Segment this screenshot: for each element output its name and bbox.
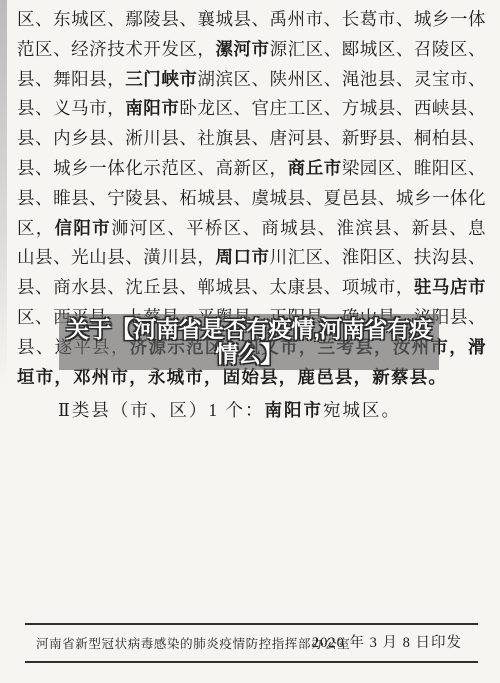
footer-rule-top [25, 623, 478, 625]
text-segment: 县、义马市， [17, 98, 125, 118]
footer-issuer: 河南省新型冠状病毒感染的肺炎疫情防控指挥部办公室 [36, 634, 350, 654]
text-segment: 区、东城区、鄢陵县、襄城县、禹州市、长葛市、城乡一体化示 [17, 9, 486, 33]
document-line: 县、义马市，南阳市卧龙区、官庄工区、方城县、西峡县、镇平 [17, 96, 486, 122]
province-managed-areas: 垣市，邓州市，永城市，固始县，鹿邑县，新蔡县。 [17, 367, 447, 387]
document-line: 区、东城区、鄢陵县、襄城县、禹州市、长葛市、城乡一体化示 [17, 7, 486, 33]
city-name: 南阳市 [265, 400, 324, 420]
caption-overlay-banner: 关于【河南省是否有疫情,河南省有疫 情么】 [59, 314, 439, 370]
city-name: 商丘市 [288, 158, 342, 178]
city-name: 三门峡市 [125, 69, 197, 89]
text-segment: 范区、经济技术开发区， [17, 39, 215, 59]
document-line: 范区、经济技术开发区，漯河市源汇区、郾城区、召陵区、临颍 [17, 37, 486, 63]
footer-rule-bottom [25, 661, 478, 663]
document-line: 县、商水县、沈丘县、郸城县、太康县、项城市，驻马店市驿城 [17, 275, 486, 301]
document-line: 县、睢县、宁陵县、柘城县、虞城县、夏邑县、城乡一体化示范 [17, 186, 486, 212]
text-segment: 宛城区。 [323, 400, 401, 420]
text-segment: 区， [17, 218, 55, 238]
footer-print-date: 2020 年 3 月 8 日印发 [312, 632, 462, 654]
text-segment: 县、城乡一体化示范区、高新区， [17, 158, 288, 178]
text-segment: 山县、光山县、潢川县， [17, 247, 215, 267]
clause-label: Ⅱ类县（市、区）1 个： [58, 400, 265, 420]
text-segment: 县、睢县、宁陵县、柘城县、虞城县、夏邑县、城乡一体化示范 [17, 188, 486, 212]
text-segment: 县、舞阳县， [17, 69, 125, 89]
caption-title-line1: 关于【河南省是否有疫情,河南省有疫 [66, 317, 432, 343]
text-segment: 县、商水县、沈丘县、郸城县、太康县、项城市， [17, 277, 414, 297]
scan-edge-shading [0, 0, 7, 470]
city-name: 漯河市 [215, 39, 269, 59]
caption-title-line2: 情么】 [215, 342, 283, 368]
city-name: 信阳市 [55, 218, 111, 238]
document-clause-line: Ⅱ类县（市、区）1 个：南阳市宛城区。 [17, 398, 486, 424]
document-line: 县、城乡一体化示范区、高新区，商丘市梁园区、睢阳区、民权 [17, 156, 486, 182]
document-line: 县、内乡县、淅川县、社旗县、唐河县、新野县、桐柏县、南召 [17, 126, 486, 152]
document-line: 山县、光山县、潢川县，周口市川汇区、淮阳区、扶沟县、西华 [17, 245, 486, 271]
document-line: 县、舞阳县，三门峡市湖滨区、陕州区、渑池县、灵宝市、卢氏 [17, 67, 486, 93]
text-segment: 县、内乡县、淅川县、社旗县、唐河县、新野县、桐柏县、南召 [17, 128, 486, 152]
city-name: 驻马店市 [414, 277, 486, 297]
document-page: 区、东城区、鄢陵县、襄城县、禹州市、长葛市、城乡一体化示 范区、经济技术开发区，… [0, 0, 500, 683]
city-name: 周口市 [215, 247, 269, 267]
city-name: 南阳市 [125, 98, 179, 118]
document-line: 区，信阳市浉河区、平桥区、商城县、淮滨县、新县、息县、罗 [17, 216, 486, 242]
